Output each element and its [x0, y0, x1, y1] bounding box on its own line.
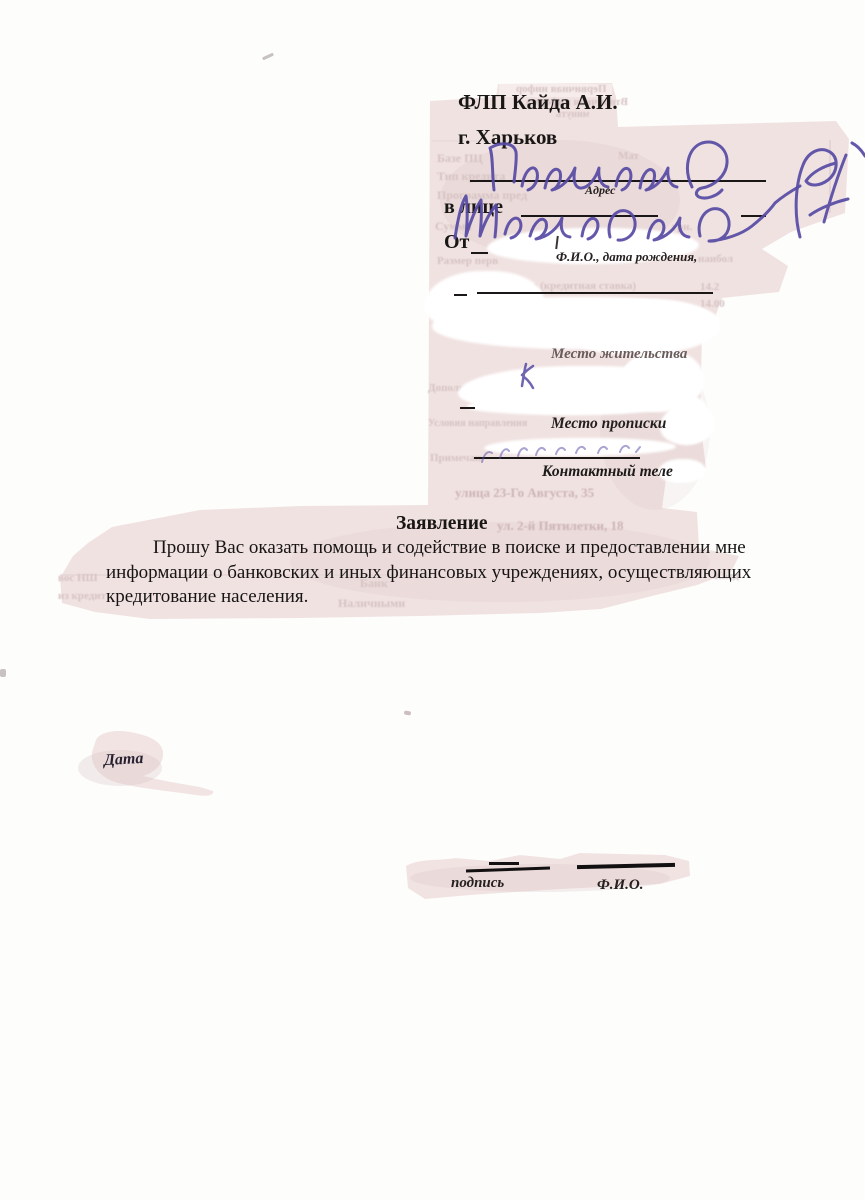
paper-texture	[290, 522, 710, 602]
bleed-through-text: вос НШ	[58, 573, 98, 584]
redaction-layer	[0, 0, 865, 1200]
bleed-through-text: 14.2	[700, 282, 719, 293]
bleed-through-text-layer: Первичная инфорВторичная информаминутьБа…	[0, 0, 865, 1200]
handwriting-address-row2	[455, 186, 800, 241]
bleed-through-text: Кнед	[714, 571, 739, 582]
redaction-blob	[487, 228, 699, 264]
redaction-blob	[467, 396, 677, 415]
bleed-through-text: грн.	[672, 222, 692, 233]
redaction-blob	[658, 459, 706, 483]
bleed-through-text: Условия направления	[428, 419, 527, 429]
bleed-through-text: Наличными	[338, 597, 405, 609]
paper-texture	[600, 350, 710, 510]
paper-texture	[440, 140, 680, 260]
handwriting-ink-layer	[0, 0, 865, 1200]
bleed-through-text: Дополнител	[428, 383, 488, 394]
handwriting-right-flourish	[796, 143, 865, 237]
org-name: ФЛП Кайда А.И.	[458, 92, 618, 113]
short-dash	[454, 294, 467, 296]
paper-region-signature-strip	[406, 853, 690, 899]
statement-body: Прошу Вас оказать помощь и содействие в …	[106, 536, 761, 610]
redaction-blob	[484, 438, 676, 456]
from-label: От	[444, 232, 469, 252]
bleed-through-text: наибол	[698, 254, 733, 265]
from-underscore	[471, 252, 488, 254]
bleed-through-text: Вторичная информа	[526, 97, 628, 108]
redaction-blob	[660, 405, 715, 445]
name-fio-label: Ф.И.О.	[597, 878, 644, 893]
redaction-blob	[458, 366, 702, 414]
scan-speck	[262, 53, 274, 61]
signature-line	[466, 867, 550, 873]
scanned-document-page: Первичная инфорВторичная информаминутьБа…	[0, 0, 865, 1200]
bleed-through-text: Эффективная (кредитная ставка)	[468, 281, 636, 292]
paper-texture	[78, 750, 162, 786]
form-lines-layer	[0, 0, 865, 1200]
bleed-through-text: Сумма	[435, 220, 471, 232]
redaction-blob	[618, 350, 704, 412]
signature-label: подпись	[451, 876, 504, 891]
residence-label: Место жительства	[551, 347, 687, 362]
bleed-through-text: Примечан	[430, 453, 481, 464]
bleed-through-text: Мат	[618, 151, 639, 162]
signature-line-step	[489, 862, 519, 865]
bleed-through-text: 14.00	[700, 299, 725, 310]
bleed-through-text: улица 23-Го Августа, 35	[455, 486, 594, 499]
bleed-through-text: ул. 2-й Пятилетки, 18	[497, 519, 624, 532]
scan-speck	[404, 710, 412, 715]
paper-region-main	[60, 83, 849, 619]
registration-label: Место прописки	[551, 416, 666, 432]
document-text-layer: ФЛП Кайда А.И. г. Харьков Адрес в лице О…	[0, 0, 865, 1200]
in-face-label: в лице	[444, 197, 503, 217]
redaction-blob	[668, 396, 710, 444]
statement-title: Заявление	[396, 514, 488, 534]
fio-birth-label: Ф.И.О., дата рождения,	[556, 250, 697, 263]
address-label: Адрес	[585, 184, 615, 196]
bleed-through-text: Первичная инфор	[516, 84, 606, 95]
bleed-through-text: Базе ПЦ	[437, 152, 483, 164]
in-face-line	[521, 215, 658, 217]
redaction-blob	[432, 297, 720, 349]
bleed-through-text: минуть	[556, 110, 590, 120]
bleed-through-text: из кредит	[58, 591, 106, 602]
handwriting-small-mark	[522, 364, 533, 388]
redaction-blob	[424, 271, 544, 333]
redaction-blob	[560, 299, 720, 355]
contact-phone-label: Контактный теле	[542, 464, 673, 480]
bleed-through-text: Программа пред	[437, 189, 527, 201]
bleed-through-text: Процентная ставка	[437, 299, 534, 310]
scan-speck	[0, 669, 6, 677]
date-label: Дата	[104, 751, 144, 769]
bleed-through-text: Тип кредита	[437, 170, 505, 182]
address-line	[470, 180, 766, 182]
paper-tab-light	[499, 84, 612, 97]
bleed-through-text: Банк	[360, 577, 388, 589]
org-city: г. Харьков	[458, 127, 557, 148]
handwriting-phone-remnant	[482, 446, 640, 462]
paper-texture	[410, 864, 670, 892]
paper-region-date-patch	[92, 731, 213, 796]
paper-shapes-layer	[0, 0, 865, 1200]
stray-mark	[555, 236, 559, 249]
phone-line	[474, 457, 640, 459]
residence-line	[477, 292, 713, 294]
bleed-through-text: Размер перв	[437, 256, 498, 267]
registration-dash	[460, 407, 475, 409]
in-face-line-right	[741, 215, 766, 217]
name-line	[577, 863, 675, 869]
handwriting-address-row1	[490, 142, 727, 198]
